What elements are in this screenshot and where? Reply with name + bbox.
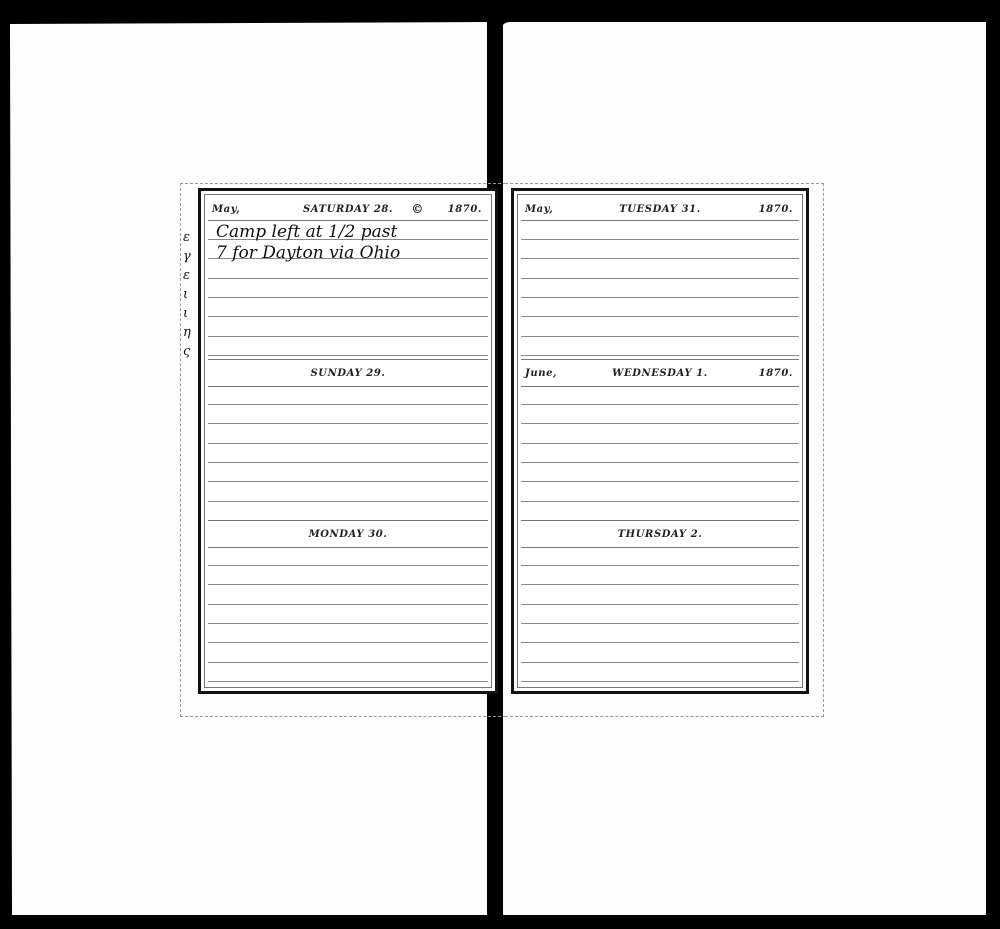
ruled-line (208, 462, 488, 482)
ruled-line (208, 317, 488, 337)
ruled-line (208, 482, 488, 502)
ruled-line (208, 585, 488, 605)
margin-mark: η (183, 323, 195, 342)
ruled-line (521, 336, 799, 356)
day-header-monday: MONDAY 30. (208, 520, 488, 548)
ruled-line (521, 385, 799, 405)
day-label: MONDAY 30. (208, 529, 488, 540)
margin-mark: γ (183, 247, 195, 266)
handwritten-entry: 7 for Dayton via Ohio (216, 243, 400, 263)
ruled-line (208, 623, 488, 643)
ruled-line (521, 585, 799, 605)
day-header-tuesday: May, TUESDAY 31. 1870. (521, 198, 799, 221)
day-label: THURSDAY 2. (521, 529, 799, 540)
ruled-line (521, 643, 799, 663)
margin-mark: ς (183, 342, 195, 361)
ruled-line (208, 546, 488, 566)
ruled-line (208, 278, 488, 298)
ruled-line (521, 297, 799, 317)
day-label: SATURDAY 28. (208, 204, 488, 215)
ruled-line (208, 404, 488, 424)
ruled-line (521, 259, 799, 279)
margin-mark: ι (183, 304, 195, 323)
ruled-line (208, 643, 488, 663)
year-label: 1870. (759, 368, 793, 379)
ruled-line (208, 297, 488, 317)
ruled-line (521, 443, 799, 463)
ruled-line (208, 336, 488, 356)
ruled-line (208, 385, 488, 405)
day-header-sunday: SUNDAY 29. (208, 359, 488, 387)
ruled-line (521, 501, 799, 521)
day-label: SUNDAY 29. (208, 368, 488, 379)
ruled-line (521, 546, 799, 566)
ruled-line (521, 424, 799, 444)
ruled-line (521, 404, 799, 424)
day-label: WEDNESDAY 1. (521, 368, 799, 379)
ruled-line (208, 565, 488, 585)
day-header-thursday: THURSDAY 2. (521, 520, 799, 548)
diary-page-right: May, TUESDAY 31. 1870. June, WEDNESDAY 1… (511, 188, 809, 694)
ruled-line (521, 623, 799, 643)
year-label: 1870. (759, 204, 793, 215)
ruled-line (208, 501, 488, 521)
margin-marks: ε γ ε ι ι η ς (183, 228, 195, 361)
ruled-line (521, 662, 799, 682)
ruled-line (521, 565, 799, 585)
ruled-line (521, 604, 799, 624)
day-label: TUESDAY 31. (521, 204, 799, 215)
ruled-line (521, 482, 799, 502)
diary-page-left: May, SATURDAY 28. © 1870. Camp left at 1… (198, 188, 498, 694)
day-header-saturday: May, SATURDAY 28. © 1870. (208, 198, 488, 221)
handwritten-entry: Camp left at 1/2 past (216, 222, 397, 242)
year-label: 1870. (448, 204, 482, 215)
day-header-wednesday: June, WEDNESDAY 1. 1870. (521, 359, 799, 387)
ruled-line (521, 278, 799, 298)
ruled-line (521, 239, 799, 259)
ruled-line (208, 662, 488, 682)
ruled-line (208, 604, 488, 624)
ruled-line (208, 424, 488, 444)
margin-mark: ε (183, 266, 195, 285)
ruled-line (521, 220, 799, 240)
ruled-line (521, 317, 799, 337)
margin-mark: ε (183, 228, 195, 247)
margin-mark: ι (183, 285, 195, 304)
moon-phase-icon: © (411, 202, 424, 216)
ruled-line (208, 443, 488, 463)
ruled-line (521, 462, 799, 482)
